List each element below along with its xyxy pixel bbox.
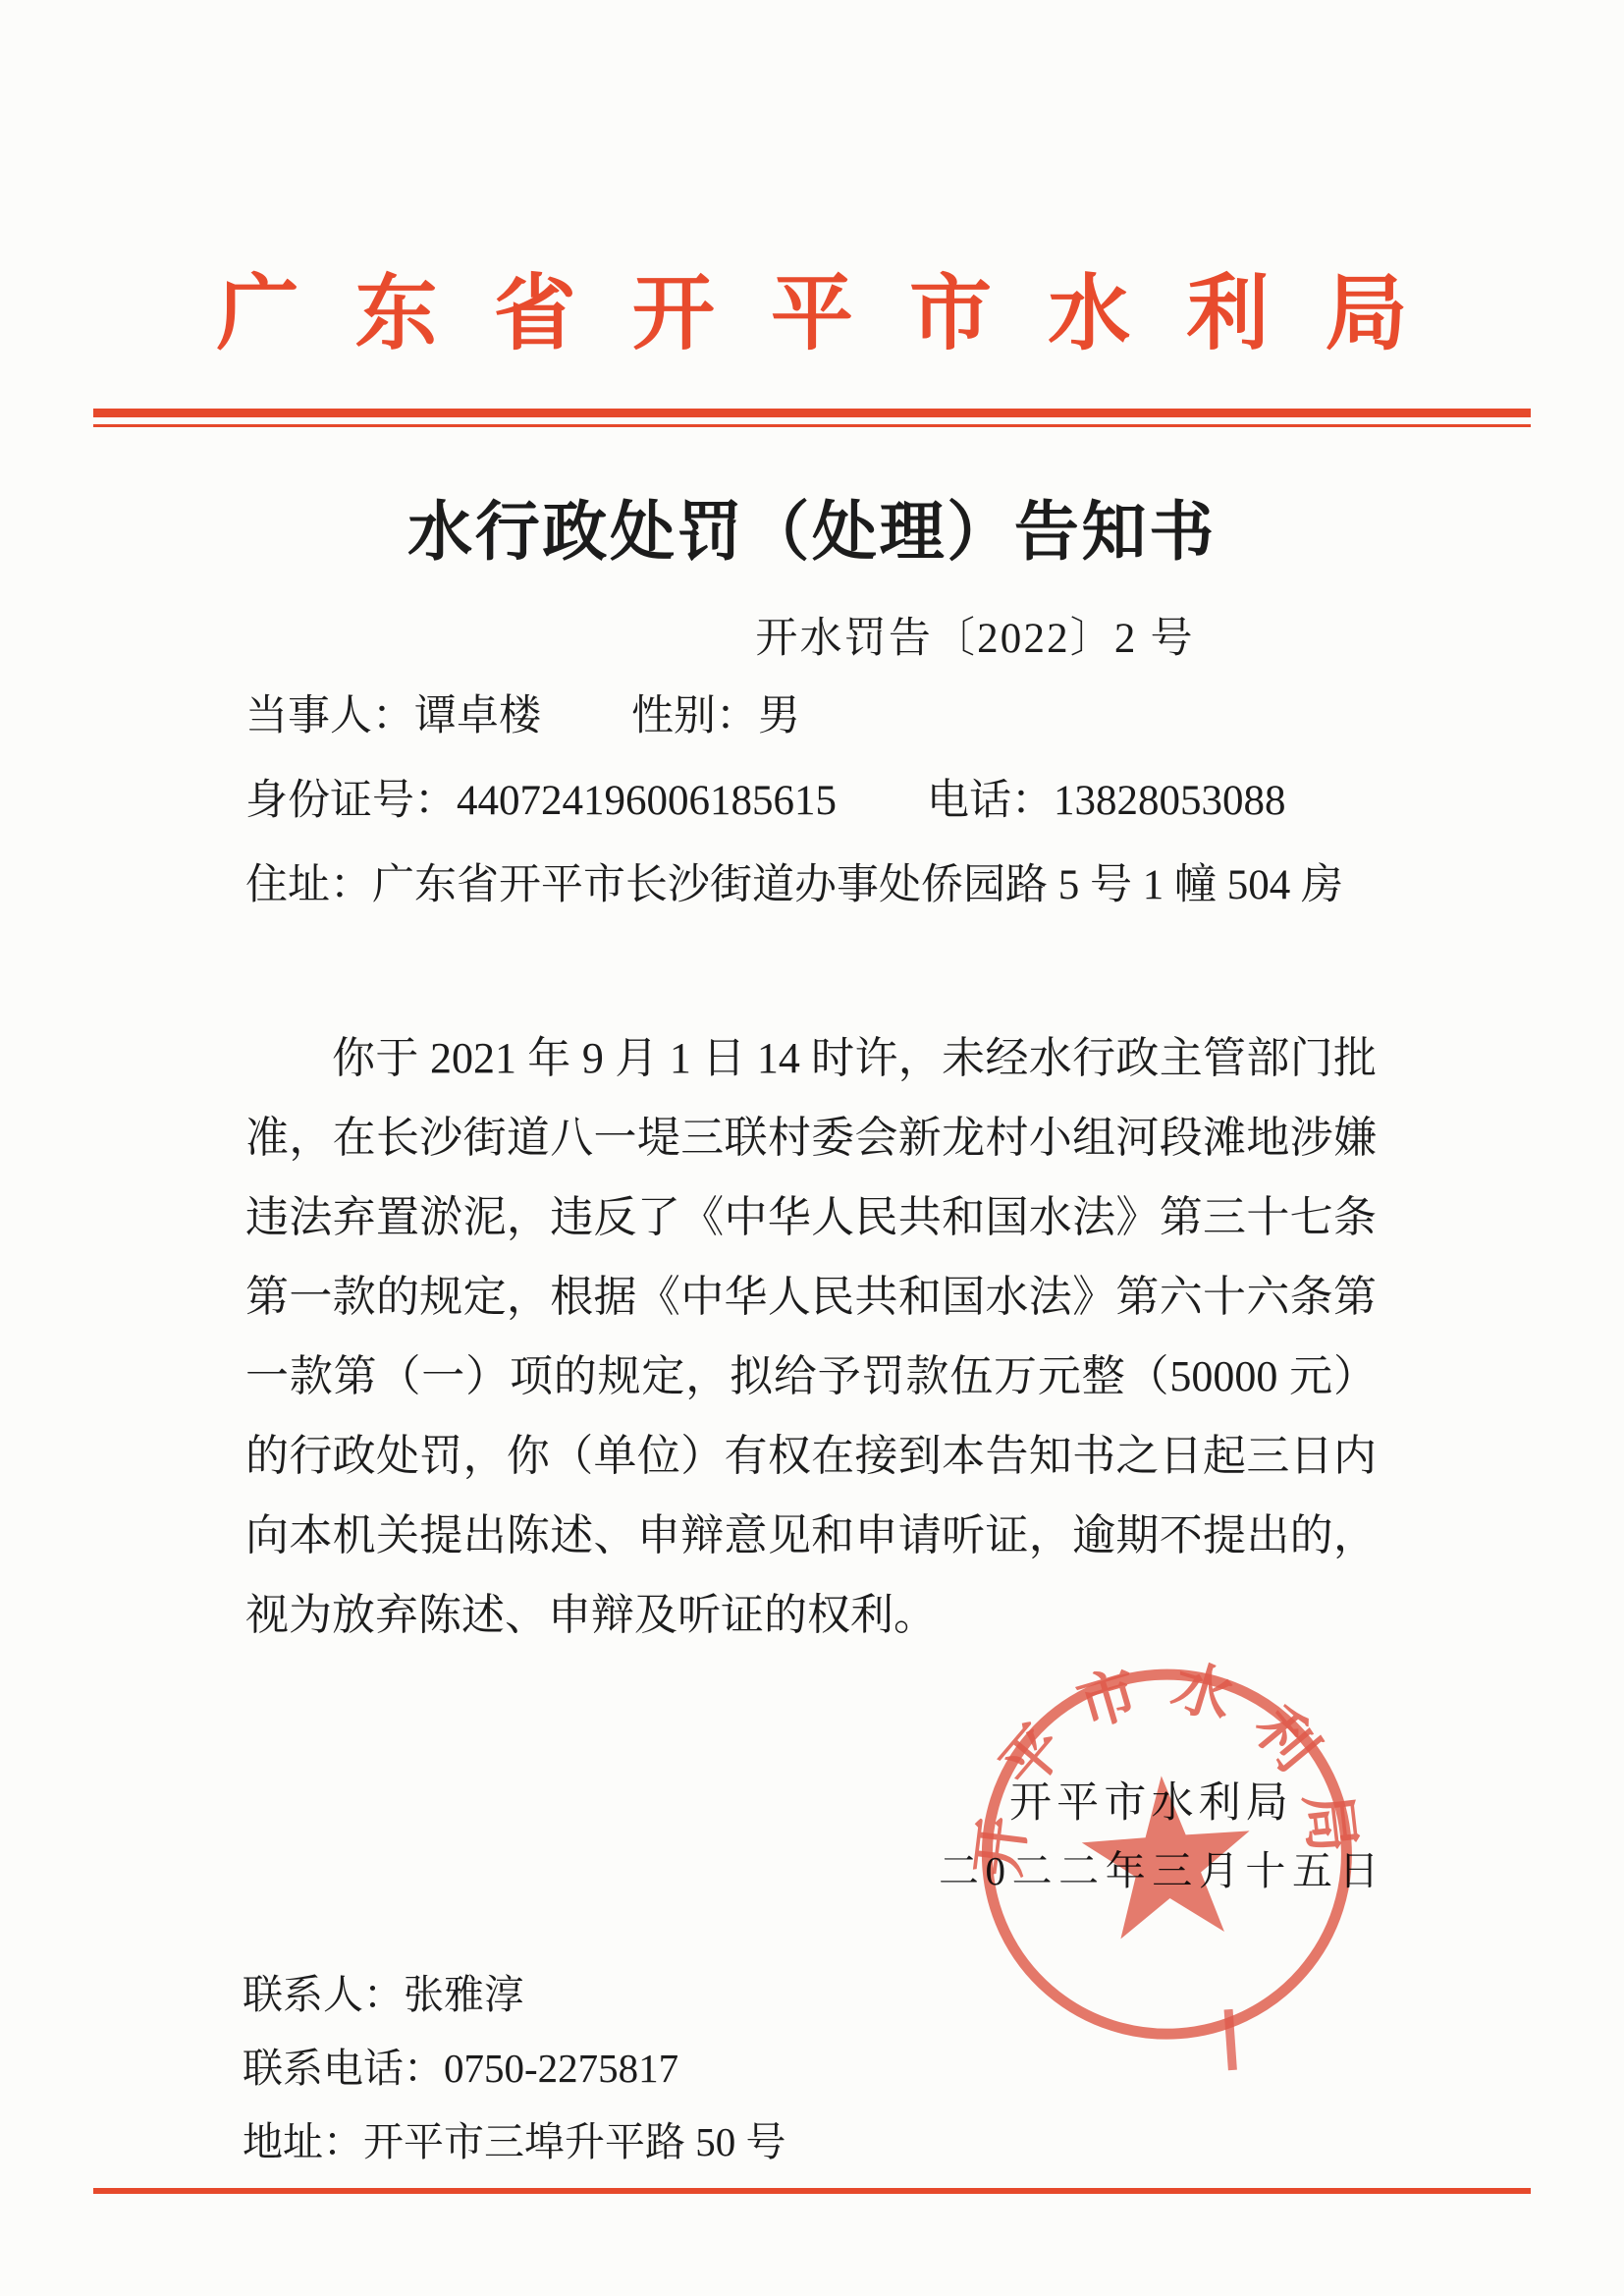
id-label: 身份证号： xyxy=(245,778,457,824)
agency-letterhead: 广东省开平市水利局 xyxy=(0,247,1624,366)
id-value: 440724196006185615 xyxy=(457,778,837,824)
body-line: 准，在长沙街道八一堤三联村委会新龙村小组河段滩地涉嫌 xyxy=(245,1103,1377,1182)
notice-body: 你于 2021 年 9 月 1 日 14 时许，未经水行政主管部门批 准，在长沙… xyxy=(245,1023,1377,1660)
contact-person-label: 联系人： xyxy=(243,1972,404,2017)
contact-address-label: 地址： xyxy=(243,2119,363,2164)
contact-phone-label: 联系电话： xyxy=(243,2046,444,2091)
body-line: 你于 2021 年 9 月 1 日 14 时许，未经水行政主管部门批 xyxy=(245,1023,1377,1103)
body-line: 第一款的规定，根据《中华人民共和国水法》第六十六条第 xyxy=(245,1262,1377,1341)
body-line: 视为放弃陈述、申辩及听证的权利。 xyxy=(245,1580,1377,1660)
contact-phone-value: 0750-2275817 xyxy=(444,2046,678,2091)
seal-tail-mark xyxy=(1224,2009,1237,2070)
party-name-line: 当事人：谭卓楼性别：男 xyxy=(245,687,1483,772)
header-rule-thick xyxy=(93,409,1531,417)
body-line: 的行政处罚，你（单位）有权在接到本告知书之日起三日内 xyxy=(245,1421,1377,1501)
body-line: 违法弃置淤泥，违反了《中华人民共和国水法》第三十七条 xyxy=(245,1182,1377,1262)
phone-label: 电话： xyxy=(927,778,1054,824)
gender-value: 男 xyxy=(758,693,800,739)
party-name-value: 谭卓楼 xyxy=(414,693,541,739)
phone-value: 13828053088 xyxy=(1054,778,1286,824)
contact-address-line: 地址：开平市三埠升平路 50 号 xyxy=(243,2113,786,2187)
contact-person-value: 张雅淳 xyxy=(404,1972,524,2017)
footer-rule xyxy=(93,2188,1531,2194)
contact-person-line: 联系人：张雅淳 xyxy=(243,1966,786,2040)
party-id-line: 身份证号：440724196006185615电话：13828053088 xyxy=(245,772,1483,856)
party-info-block: 当事人：谭卓楼性别：男 身份证号：440724196006185615电话：13… xyxy=(245,687,1483,941)
header-rule-thin xyxy=(93,424,1531,427)
contact-block: 联系人：张雅淳 联系电话：0750-2275817 地址：开平市三埠升平路 50… xyxy=(243,1966,786,2187)
signature-agency: 开平市水利局 xyxy=(1009,1770,1293,1830)
party-name-label: 当事人： xyxy=(245,693,414,739)
signature-date: 二0二二年三月十五日 xyxy=(939,1838,1385,1896)
gender-label: 性别： xyxy=(631,693,758,739)
contact-address-value: 开平市三埠升平路 50 号 xyxy=(363,2119,786,2164)
party-address-line: 住址：广东省开平市长沙街道办事处侨园路 5 号 1 幢 504 房 xyxy=(245,856,1483,941)
document-number: 开水罚告〔2022〕2 号 xyxy=(163,605,1624,665)
document-page: 广东省开平市水利局 水行政处罚（处理）告知书 开水罚告〔2022〕2 号 当事人… xyxy=(0,0,1624,2296)
address-value: 广东省开平市长沙街道办事处侨园路 5 号 1 幢 504 房 xyxy=(372,862,1343,908)
address-label: 住址： xyxy=(245,862,372,908)
body-line: 一款第（一）项的规定，拟给予罚款伍万元整（50000 元） xyxy=(245,1341,1377,1421)
body-line: 向本机关提出陈述、申辩意见和申请听证，逾期不提出的， xyxy=(245,1501,1377,1580)
contact-phone-line: 联系电话：0750-2275817 xyxy=(243,2040,786,2113)
document-title: 水行政处罚（处理）告知书 xyxy=(0,479,1624,573)
